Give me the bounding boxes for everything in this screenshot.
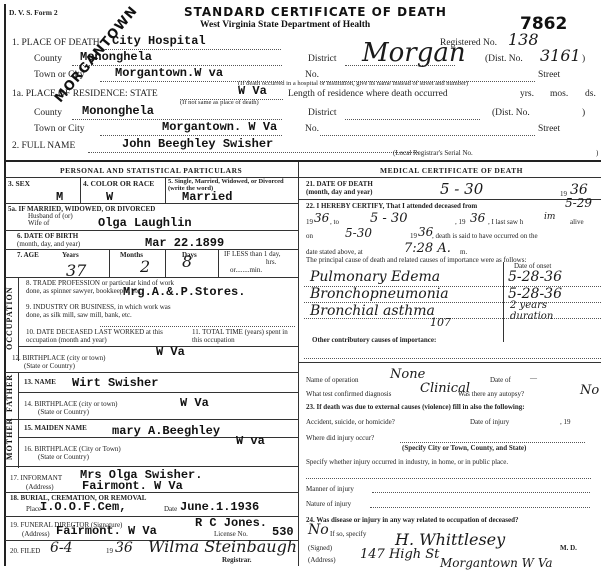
res-dist-no-label: (Dist. No. [492, 108, 530, 118]
dist-no-close: ) [582, 54, 585, 64]
medical-section-title: MEDICAL CERTIFICATE OF DEATH [380, 166, 523, 175]
father-side-label: FATHER [5, 374, 14, 412]
autopsy-value: No [580, 383, 599, 398]
spouse-value: Olga Laughlin [98, 216, 192, 230]
informant-label: 17. INFORMANT [10, 474, 62, 482]
certificate-subtitle: West Virginia State Department of Health [200, 20, 370, 30]
alive-label: alive [570, 218, 584, 226]
specify-label: Specify whether injury occurred in indus… [306, 458, 508, 466]
place-of-death-label: 1. PLACE OF DEATH [12, 38, 100, 48]
residence-length-label: Length of residence where death occurred [288, 89, 448, 99]
date-stated-label: date stated above, at [306, 248, 363, 256]
occurred-label: , death is said to have occurred on the [432, 232, 538, 240]
address-line2: Morgantown W Va [440, 556, 553, 570]
rule [5, 372, 298, 373]
birthplace-value: W Va [156, 345, 185, 359]
full-name-value: John Beeghley Swisher [122, 137, 273, 151]
certify-label: 22. I HEREBY CERTIFY, That I attended de… [306, 202, 477, 210]
cause-1-onset: 5-28-36 [508, 269, 562, 285]
mother-side-label: MOTHER [5, 418, 14, 460]
res-street-line [320, 135, 535, 136]
dod-label: 21. DATE OF DEATH (month, day and year) [306, 180, 386, 196]
external-label: 23. If death was due to external causes … [306, 403, 525, 411]
manner-label: Manner of injury [306, 485, 354, 493]
dist-no-label: (Dist. No. [485, 54, 523, 64]
place-of-death-value: City Hospital [112, 34, 206, 48]
registrar-label: Registrar. [222, 556, 251, 564]
rule [18, 392, 298, 393]
rule [18, 372, 19, 468]
occupation-question: 24. Was disease or injury in any way rel… [306, 516, 519, 524]
town-label: Town or City [34, 70, 85, 80]
residence-yrs: yrs. [520, 89, 534, 99]
certificate-title: STANDARD CERTIFICATE OF DEATH [184, 5, 447, 19]
residence-state: W Va [238, 84, 267, 98]
alive-year: 36 [418, 225, 433, 239]
attended-to: 5 - 30 [370, 211, 407, 226]
from-year-prefix: 19 [306, 218, 313, 226]
rule [400, 442, 585, 443]
informant-addr-value: Fairmont. W Va [82, 479, 183, 493]
autopsy-label: Was there any autopsy? [458, 390, 524, 398]
dob-sub: (month, day, and year) [17, 240, 80, 248]
full-name-line [88, 152, 418, 153]
dob-label: 6. DATE OF BIRTH [17, 232, 78, 240]
serial-close: ) [596, 149, 598, 157]
county-value: Mononghela [80, 50, 152, 64]
registrar-signature: Wilma Steinbaugh [148, 537, 297, 556]
burial-place-label: Place [26, 505, 41, 513]
rule [5, 277, 298, 278]
total-time-label: 11. TOTAL TIME (years) spent in this occ… [192, 328, 292, 344]
informant-addr-label: (Address) [26, 483, 54, 491]
filed-year: 36 [115, 540, 133, 556]
left-border [4, 4, 6, 566]
last-saw-him: im [544, 212, 555, 222]
injury-year-label: , 19 [560, 418, 571, 426]
residence-label: 1a. PLACE OF RESIDENCE: STATE [12, 89, 158, 99]
sex-value: M [56, 190, 63, 204]
rule [165, 177, 166, 203]
occupation-side-label: OCCUPATION [5, 287, 14, 350]
res-street-label: Street [538, 124, 560, 134]
where-note: (Specify City or Town, County, and State… [402, 444, 526, 452]
filed-date: 6-4 [50, 540, 73, 556]
causes-intro: The principal cause of death and related… [306, 256, 546, 264]
res-street-no-label: No. [305, 124, 319, 134]
burial-date-value: June.1.1936 [180, 500, 259, 514]
mother-birth-value: W va [236, 434, 265, 448]
father-name-value: Wirt Swisher [72, 376, 158, 390]
cause-1: Pulmonary Edema [310, 269, 440, 285]
dist-no-value: 3161 [540, 46, 581, 65]
from-year: 36 [314, 211, 329, 225]
res-county-label: County [34, 108, 62, 118]
age-months: 2 [140, 257, 150, 276]
res-town-line [100, 135, 282, 136]
to-label: , to [330, 218, 339, 226]
where-label: Where did injury occur? [306, 434, 374, 442]
m-label: m. [460, 248, 467, 256]
trade-value: Mrg.A.&.P.Stores. [123, 285, 245, 299]
rule [372, 492, 590, 493]
section-divider [5, 160, 601, 162]
serial-label: (Local Registrar's Serial No. [393, 149, 473, 157]
district-line [345, 65, 455, 66]
on-label: on [306, 232, 313, 240]
mother-name-value: mary A.Beeghley [112, 424, 220, 438]
injury-date-label: Date of injury [470, 418, 509, 426]
op-date-label: Date of [490, 376, 511, 384]
res-district-line [345, 119, 480, 120]
mother-birth-sub: (State or Country) [38, 453, 89, 461]
address-label: (Address) [308, 556, 336, 564]
birthplace-label: 12. BIRTHPLACE (city or town) [12, 354, 106, 362]
min-label: or........min. [230, 266, 262, 274]
cause-2: Bronchopneumonia [310, 286, 449, 302]
operation-value: None [390, 367, 425, 382]
signed-label: (Signed) [308, 544, 332, 552]
funeral-addr-value: Fairmont. W Va [56, 524, 157, 538]
father-birth-label: 14. BIRTHPLACE (city or town) [24, 400, 118, 408]
spouse-sub: Husband of (or) Wife of [28, 213, 88, 227]
age-days: 8 [182, 252, 192, 271]
res-town-value: Morgantown. W Va [162, 120, 277, 134]
rule [165, 249, 166, 277]
rule [298, 199, 601, 200]
dob-value: Mar 22.1899 [145, 236, 224, 250]
street-no-label: No. [305, 70, 319, 80]
operation-label: Name of operation [306, 376, 358, 384]
father-birth-sub: (State or Country) [38, 408, 89, 416]
residence-note: (If not same as place of death) [180, 99, 259, 106]
md-label: M. D. [560, 544, 577, 552]
res-county-value: Mononghela [82, 104, 154, 118]
rule [109, 249, 110, 277]
rule [218, 249, 219, 277]
rule [5, 230, 298, 231]
burial-date-label: Date [164, 505, 177, 513]
op-date-value: — [530, 374, 537, 382]
address-line1: 147 High St [360, 547, 439, 562]
mother-name-label: 15. MAIDEN NAME [24, 424, 87, 432]
rule [5, 492, 298, 493]
column-divider [298, 162, 299, 566]
cause-3: Bronchial asthma [310, 303, 435, 319]
to-year: 36 [470, 211, 485, 225]
other-causes-label: Other contributory causes of importance: [312, 336, 436, 344]
hrs-label: hrs. [266, 258, 276, 266]
father-birth-value: W Va [180, 396, 209, 410]
filed-label: 20. FILED [10, 547, 40, 555]
time-value: 7:28 A. [404, 241, 451, 256]
alive-on: 5-30 [345, 226, 372, 240]
rule [18, 277, 19, 361]
rule [5, 203, 298, 204]
nature-label: Nature of injury [306, 500, 351, 508]
rule [5, 466, 298, 467]
full-name-label: 2. FULL NAME [12, 141, 75, 151]
rule [298, 177, 601, 178]
rule [100, 326, 295, 327]
residence-ds: ds. [585, 89, 596, 99]
accident-label: Accident, suicide, or homicide? [306, 418, 395, 426]
res-dist-close: ) [582, 108, 585, 118]
cause-code: 107 [430, 316, 451, 329]
age-label: 7. AGE [17, 251, 39, 259]
rule [306, 478, 591, 479]
marital-value: Married [182, 190, 232, 204]
res-town-label: Town or City [34, 124, 85, 134]
hospital-note: (If death occurred in a hospital or inst… [238, 80, 468, 87]
rule [5, 419, 298, 420]
color-label: 4. COLOR OR RACE [83, 179, 154, 188]
town-value: Morgantown.W va [115, 66, 223, 80]
mother-birth-label: 16. BIRTHPLACE (City or Town) [24, 445, 121, 453]
test-label: What test confirmed diagnosis [306, 390, 391, 398]
street-label: Street [538, 70, 560, 80]
filed-year-prefix: 19 [106, 547, 113, 555]
res-district-label: District [308, 108, 337, 118]
occupation-answer: No [308, 522, 329, 538]
last-worked-label: 10. DATE DECEASED LAST WORKED at this oc… [26, 328, 176, 344]
dod-value: 5 - 30 [440, 180, 483, 198]
personal-section-title: PERSONAL AND STATISTICAL PARTICULARS [60, 166, 242, 175]
alive-year-prefix: 19 [410, 232, 417, 240]
form-id: D. V. S. Form 2 [9, 8, 58, 17]
color-value: W [106, 190, 113, 204]
rule [304, 318, 601, 319]
rule [298, 362, 601, 363]
county-label: County [34, 54, 62, 64]
industry-label: 9. INDUSTRY OR BUSINESS, in which work w… [26, 303, 186, 319]
father-name-label: 13. NAME [24, 378, 56, 386]
district-label: District [308, 54, 337, 64]
burial-place-value: I.O.O.F.Cem, [40, 500, 126, 514]
funeral-director-value: R C Jones. [195, 516, 267, 530]
registered-no-value: 138 [508, 30, 539, 49]
district-value: Morgan [362, 38, 466, 68]
rule [370, 507, 590, 508]
to-year-prefix: , 19 [455, 218, 466, 226]
rule [304, 358, 601, 359]
sex-label: 3. SEX [8, 179, 30, 188]
if-so-label: If so, specify [330, 530, 366, 538]
funeral-addr-label: (Address) [22, 530, 50, 538]
attended-from: 5-29 [565, 196, 592, 210]
birthplace-sub: (State or Country) [24, 362, 75, 370]
last-saw-label: , I last saw h [488, 218, 523, 226]
years-label: Years [62, 251, 79, 259]
rule [80, 177, 81, 203]
less-label: IF LESS than 1 day, [224, 250, 281, 258]
residence-mos: mos. [550, 89, 568, 99]
